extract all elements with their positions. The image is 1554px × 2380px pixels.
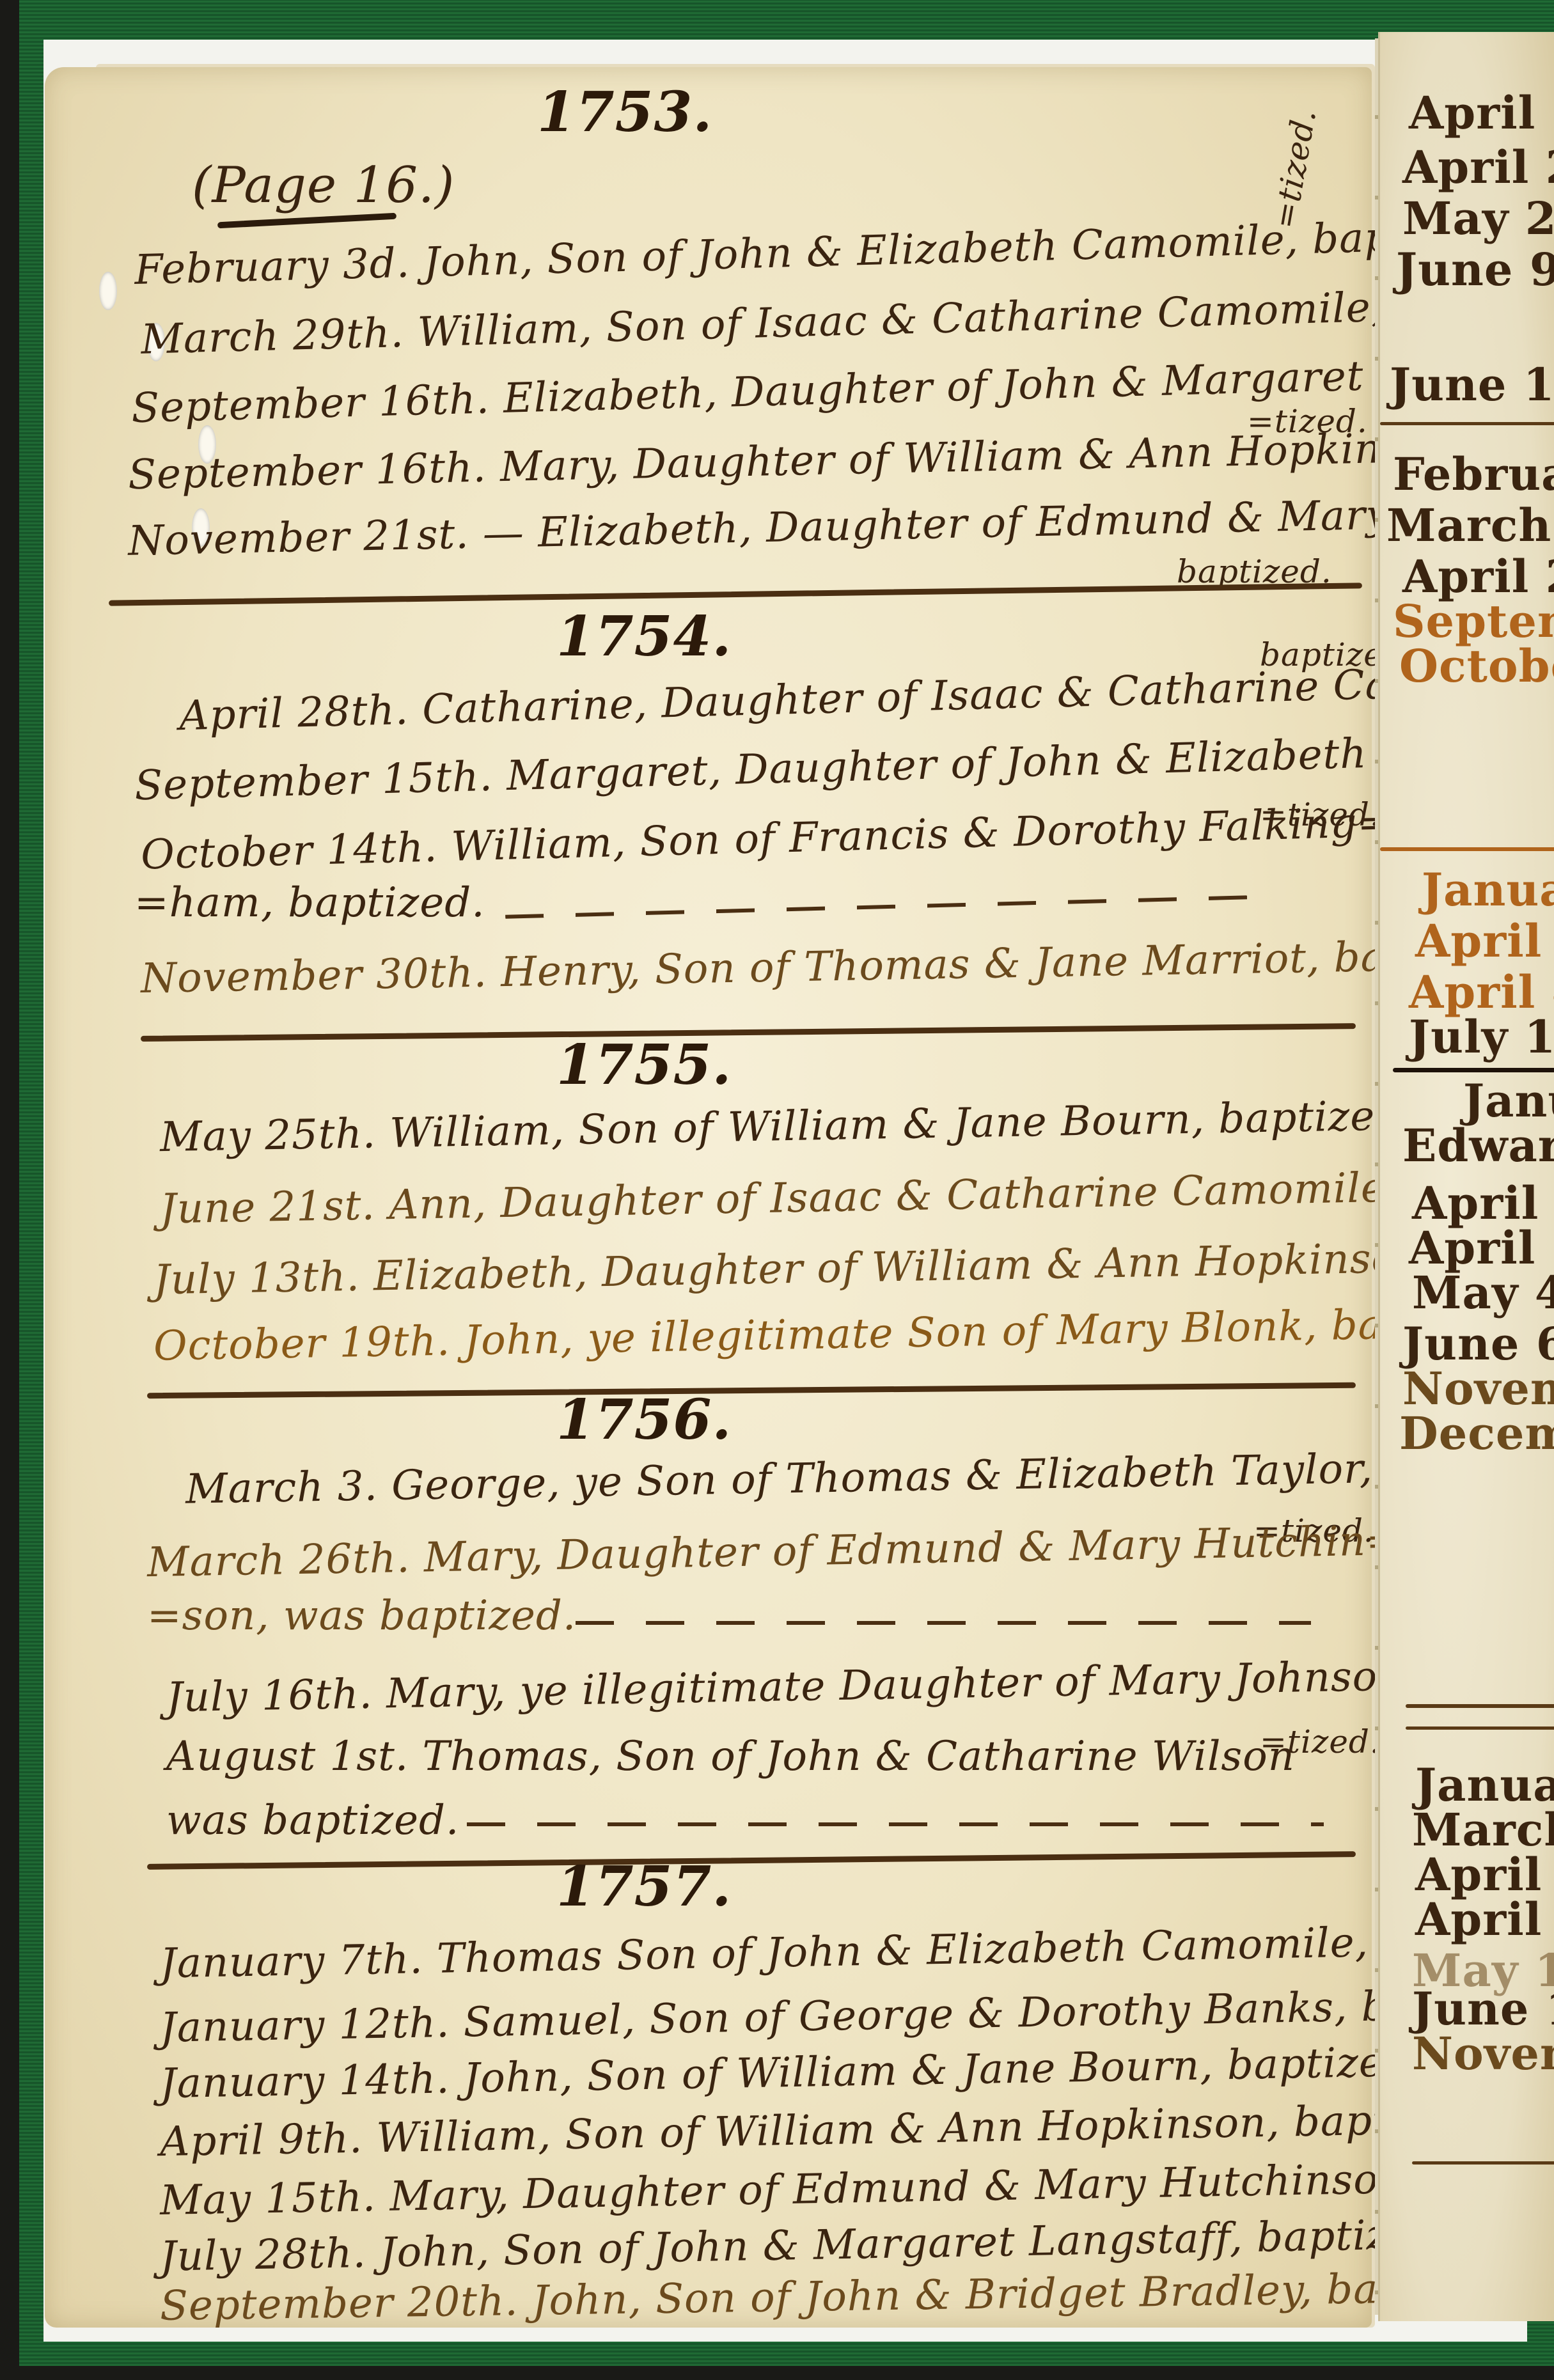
entry-date: July 13th. [153, 1253, 361, 1304]
entry-date: September 20th. [160, 2278, 519, 2330]
continuation-note: =tized. [1266, 106, 1323, 231]
page-label-underline [217, 213, 396, 229]
dash-filler [467, 1822, 1324, 1826]
entry-date: April 9th. [160, 2115, 363, 2166]
entry: February 3d. John, Son of John & Elizabe… [134, 214, 1406, 294]
entry-date: February 3d. [134, 240, 411, 294]
entry-text: Thomas, Son of John & Catharine Wilson [423, 1733, 1296, 1780]
entry-continuation: =son, was baptized. [147, 1592, 576, 1640]
entry: August 1st. Thomas, Son of John & Cathar… [166, 1733, 1295, 1780]
facing-fragment: June 9th [1396, 243, 1554, 296]
section-divider [141, 1023, 1356, 1042]
entry: October 14th. William, Son of Francis & … [140, 799, 1393, 879]
section-divider [1380, 422, 1554, 425]
facing-fragment: April 4 [1415, 914, 1554, 967]
facing-fragment: April 2 [1402, 141, 1554, 194]
entry-date: May 25th. [160, 1110, 377, 1161]
dash-filler [505, 895, 1273, 918]
facing-fragment: April [1409, 86, 1535, 139]
entry-date: September 15th. [134, 753, 493, 810]
entry: November 30th. Henry, Son of Thomas & Ja… [141, 931, 1532, 1003]
year-heading-1753: 1753. [537, 80, 712, 145]
entry-date: July 28th. [160, 2230, 367, 2281]
entry-text: William, Son of William & Jane Bourn, ba… [389, 1092, 1416, 1157]
entry-date: August 1st. [166, 1733, 409, 1780]
section-divider [1406, 1726, 1554, 1730]
entry-date: November 30th. [141, 950, 488, 1003]
entry-date: April 28th. [178, 687, 409, 740]
entry: July 16th. Mary, ye illegitimate Daughte… [166, 1651, 1512, 1722]
entry-text: John, ye illegitimate Son of Mary Blonk,… [464, 1299, 1529, 1365]
section-divider [109, 583, 1362, 606]
dash-filler [576, 1621, 1311, 1625]
entry-date: January 14th. [160, 2055, 450, 2108]
facing-fragment: December [1399, 1407, 1554, 1460]
entry-date: September 16th. [130, 375, 490, 432]
facing-fragment: February [1393, 448, 1554, 501]
entry-text: William, Son of Francis & Dorothy Falkin… [451, 799, 1393, 871]
facing-fragment: Edward [1402, 1119, 1554, 1172]
entry: March 26th. Mary, Daughter of Edmund & M… [147, 1517, 1402, 1586]
facing-page-fragment: April April 2 May 27 June 9th June 11th … [1378, 32, 1554, 2321]
entry-text: John, Son of William & Jane Bourn, bapti… [463, 2039, 1425, 2102]
entry-date: June 21st. [160, 1182, 376, 1233]
facing-fragment: May 4 [1412, 1266, 1554, 1319]
entry-date: March 29th. [140, 309, 404, 364]
entry-date: March 3. [185, 1462, 379, 1513]
entry-continuation: =ham, baptized. [134, 879, 485, 927]
year-heading-1755: 1755. [556, 1033, 732, 1097]
facing-fragment: April 2 [1415, 1893, 1554, 1946]
entry-date: October 19th. [153, 1318, 451, 1370]
entry: September 16th. Mary, Daughter of Willia… [128, 418, 1554, 499]
year-heading-1757: 1757. [556, 1854, 732, 1919]
entry-text: Mary, Daughter of Edmund & Mary Hutchin= [423, 1517, 1401, 1582]
section-divider [1380, 847, 1554, 851]
entry-date: March 26th. [147, 1535, 411, 1586]
punch-hole [99, 272, 117, 310]
facing-fragment: July 1st [1409, 1010, 1554, 1063]
section-divider [147, 1382, 1356, 1398]
entry: November 21st. — Elizabeth, Daughter of … [127, 486, 1554, 565]
entry-date: May 15th. [160, 2173, 377, 2225]
facing-fragment: May 27 [1402, 192, 1554, 245]
entry: July 13th. Elizabeth, Daughter of Willia… [153, 1231, 1554, 1304]
entry-text: William, Son of William & Ann Hopkinson,… [376, 2095, 1491, 2162]
section-divider [147, 1851, 1356, 1870]
entry: May 25th. William, Son of William & Jane… [160, 1092, 1417, 1161]
register-page: (Page 16.) 1753. February 3d. John, Son … [45, 67, 1372, 2328]
entry-text: George, ye Son of Thomas & Elizabeth Tay… [391, 1443, 1480, 1510]
entry: March 29th. William, Son of Isaac & Cath… [140, 278, 1554, 364]
entry-date: July 16th. [166, 1671, 373, 1722]
entry-text: John, Son of John & Elizabeth Camomile, … [423, 214, 1406, 286]
section-divider [1412, 2161, 1554, 2165]
entry-date: January 7th. [160, 1936, 424, 1987]
entry: January 7th. Thomas Son of John & Elizab… [160, 1916, 1554, 1988]
entry-continuation: was baptized. [166, 1797, 459, 1844]
page-label: (Page 16.) [192, 157, 455, 214]
section-divider [1393, 1068, 1554, 1072]
year-heading-1754: 1754. [556, 604, 732, 669]
entry: March 3. George, ye Son of Thomas & Eliz… [185, 1443, 1480, 1513]
facing-fragment: January [1422, 863, 1554, 916]
facing-fragment: June 11th [1390, 358, 1554, 411]
section-divider [1406, 1704, 1554, 1708]
entry-date: September 16th. [128, 444, 487, 499]
facing-fragment: March 18 [1386, 499, 1554, 552]
entry: January 14th. John, Son of William & Jan… [160, 2039, 1425, 2108]
entry-date: October 14th. [140, 824, 438, 879]
facing-fragment: October [1399, 639, 1554, 693]
entry: October 19th. John, ye illegitimate Son … [153, 1299, 1529, 1370]
entry-text: Mary, ye illegitimate Daughter of Mary J… [386, 1651, 1512, 1718]
facing-fragment: November [1412, 2027, 1554, 2080]
entry: June 21st. Ann, Daughter of Isaac & Cath… [160, 1161, 1554, 1233]
year-heading-1756: 1756. [556, 1388, 732, 1452]
entry-date: November 21st. [127, 511, 469, 565]
entry: April 9th. William, Son of William & Ann… [160, 2095, 1491, 2166]
entry-date: January 12th. [160, 2000, 450, 2052]
